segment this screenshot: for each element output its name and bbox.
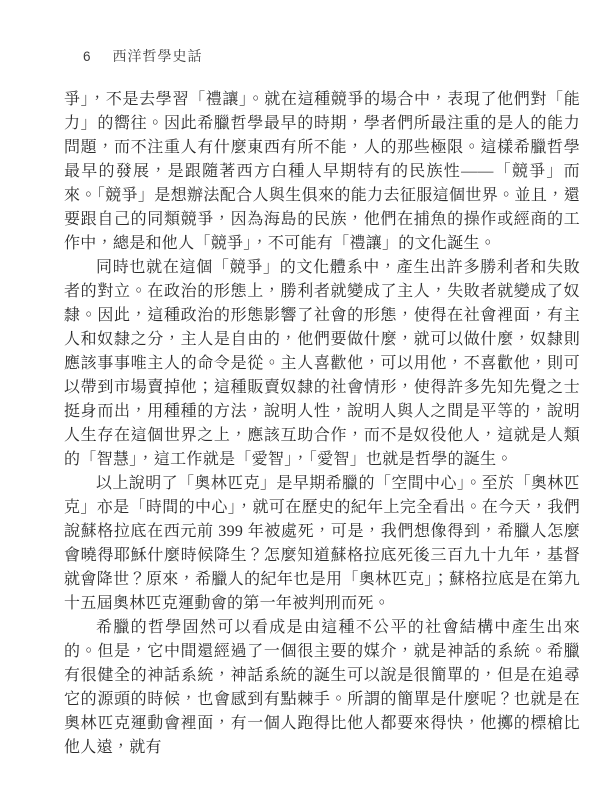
body-text-block: 爭」，不是去學習「禮讓」。就在這種競爭的場合中，表現了他們對「能力」的嚮往。因此… bbox=[64, 88, 580, 760]
paragraph: 同時也就在這個「競爭」的文化體系中，產生出許多勝利者和失敗者的對立。在政治的形態… bbox=[64, 256, 580, 472]
book-page: 6 西洋哲學史話 爭」，不是去學習「禮讓」。就在這種競爭的場合中，表現了他們對「… bbox=[0, 0, 593, 800]
paragraph: 希臘的哲學固然可以看成是由這種不公平的社會結構中產生出來的。但是，它中間還經過了… bbox=[64, 616, 580, 760]
paragraph-continuation: 爭」，不是去學習「禮讓」。就在這種競爭的場合中，表現了他們對「能力」的嚮往。因此… bbox=[64, 88, 580, 256]
running-header: 6 西洋哲學史話 bbox=[83, 46, 203, 66]
paragraph: 以上說明了「奧林匹克」是早期希臘的「空間中心」。至於「奧林匹克」亦是「時間的中心… bbox=[64, 472, 580, 616]
book-title: 西洋哲學史話 bbox=[113, 46, 203, 66]
page-number: 6 bbox=[83, 49, 92, 64]
